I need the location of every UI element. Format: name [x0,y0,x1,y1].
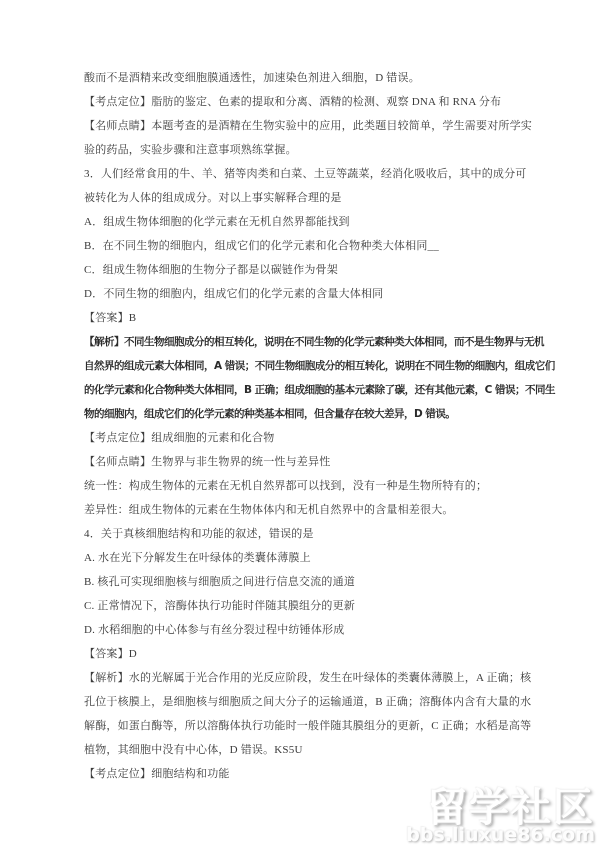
q3-analysis-line-4: 物的细胞内，组成它们的化学元素的种类基本相同，但含量存在较大差异，D 错误。 [84,402,600,426]
q2-teacher-note-line-2: 验的药品，实验步骤和注意事项熟练掌握。 [84,138,600,162]
q4-option-b: B. 核孔可实现细胞核与细胞质之间进行信息交流的通道 [84,570,600,594]
q2-teacher-note-line-1: 【名师点睛】本题考查的是酒精在生物实验中的应用，此类题目较简单，学生需要对所学实 [84,114,600,138]
q4-analysis-line-4: 植物，其细胞中没有中心体，D 错误。KS5U [84,738,600,762]
q4-stem: 4．关于真核细胞结构和功能的叙述，错误的是 [84,522,600,546]
q4-analysis-line-1: 【解析】水的光解属于光合作用的光反应阶段，发生在叶绿体的类囊体薄膜上，A 正确；… [84,666,600,690]
q3-option-d: D．不同生物的细胞内，组成它们的化学元素的含量大体相同 [84,282,600,306]
prev-question-analysis-tail: 酸而不是酒精来改变细胞膜通透性，加速染色剂进入细胞，D 错误。 [84,66,600,90]
q3-option-a: A．组成生物体细胞的化学元素在无机自然界都能找到 [84,210,600,234]
q3-teacher-note: 【名师点睛】生物界与非生物界的统一性与差异性 [84,450,600,474]
q3-note-difference: 差异性：组成生物体的元素在生物体体内和无机自然界中的含量相差很大。 [84,498,600,522]
q4-examine-point: 【考点定位】细胞结构和功能 [84,762,600,786]
exam-answer-document-page: 酸而不是酒精来改变细胞膜通透性，加速染色剂进入细胞，D 错误。 【考点定位】脂肪… [0,0,600,848]
q3-option-b: B．在不同生物的细胞内，组成它们的化学元素和化合物种类大体相同__ [84,234,600,258]
q3-examine-point: 【考点定位】组成细胞的元素和化合物 [84,426,600,450]
q4-option-c: C. 正常情况下，溶酶体执行功能时伴随其膜组分的更新 [84,594,600,618]
site-watermark: 留学社区 bbs.liuxue86.com [406,786,595,846]
q3-analysis-line-2: 自然界的组成元素大体相同，A 错误；不同生物细胞成分的相互转化，说明在不同生物的… [84,354,600,378]
q4-option-a: A. 水在光下分解发生在叶绿体的类囊体薄膜上 [84,546,600,570]
document-body: 酸而不是酒精来改变细胞膜通透性，加速染色剂进入细胞，D 错误。 【考点定位】脂肪… [84,66,600,786]
watermark-site-url: bbs.liuxue86.com [406,825,595,846]
q4-option-d: D. 水稻细胞的中心体参与有丝分裂过程中纺锤体形成 [84,618,600,642]
q4-analysis-line-2: 孔位于核膜上，是细胞核与细胞质之间大分子的运输通道，B 正确；溶酶体内含有大量的… [84,690,600,714]
q3-analysis-line-3: 的化学元素和化合物种类大体相同，B 正确；组成细胞的基本元素除了碳，还有其他元素… [84,378,600,402]
q3-stem-line-2: 被转化为人体的组成成分。对以上事实解释合理的是 [84,186,600,210]
q4-analysis-line-3: 解酶，如蛋白酶等，所以溶酶体执行功能时一般伴随其膜组分的更新，C 正确；水稻是高… [84,714,600,738]
q4-answer: 【答案】D [84,642,600,666]
q2-examine-point: 【考点定位】脂肪的鉴定、色素的提取和分离、酒精的检测、观察 DNA 和 RNA … [84,90,600,114]
q3-note-unity: 统一性：构成生物体的元素在无机自然界都可以找到，没有一种是生物所特有的； [84,474,600,498]
q3-stem-line-1: 3．人们经常食用的牛、羊、猪等肉类和白菜、土豆等蔬菜，经消化吸收后，其中的成分可 [84,162,600,186]
q3-answer: 【答案】B [84,306,600,330]
q3-analysis-line-1: 【解析】不同生物细胞成分的相互转化，说明在不同生物的化学元素种类大体相同，而不是… [84,330,600,354]
q3-option-c: C．组成生物体细胞的生物分子都是以碳链作为骨架 [84,258,600,282]
